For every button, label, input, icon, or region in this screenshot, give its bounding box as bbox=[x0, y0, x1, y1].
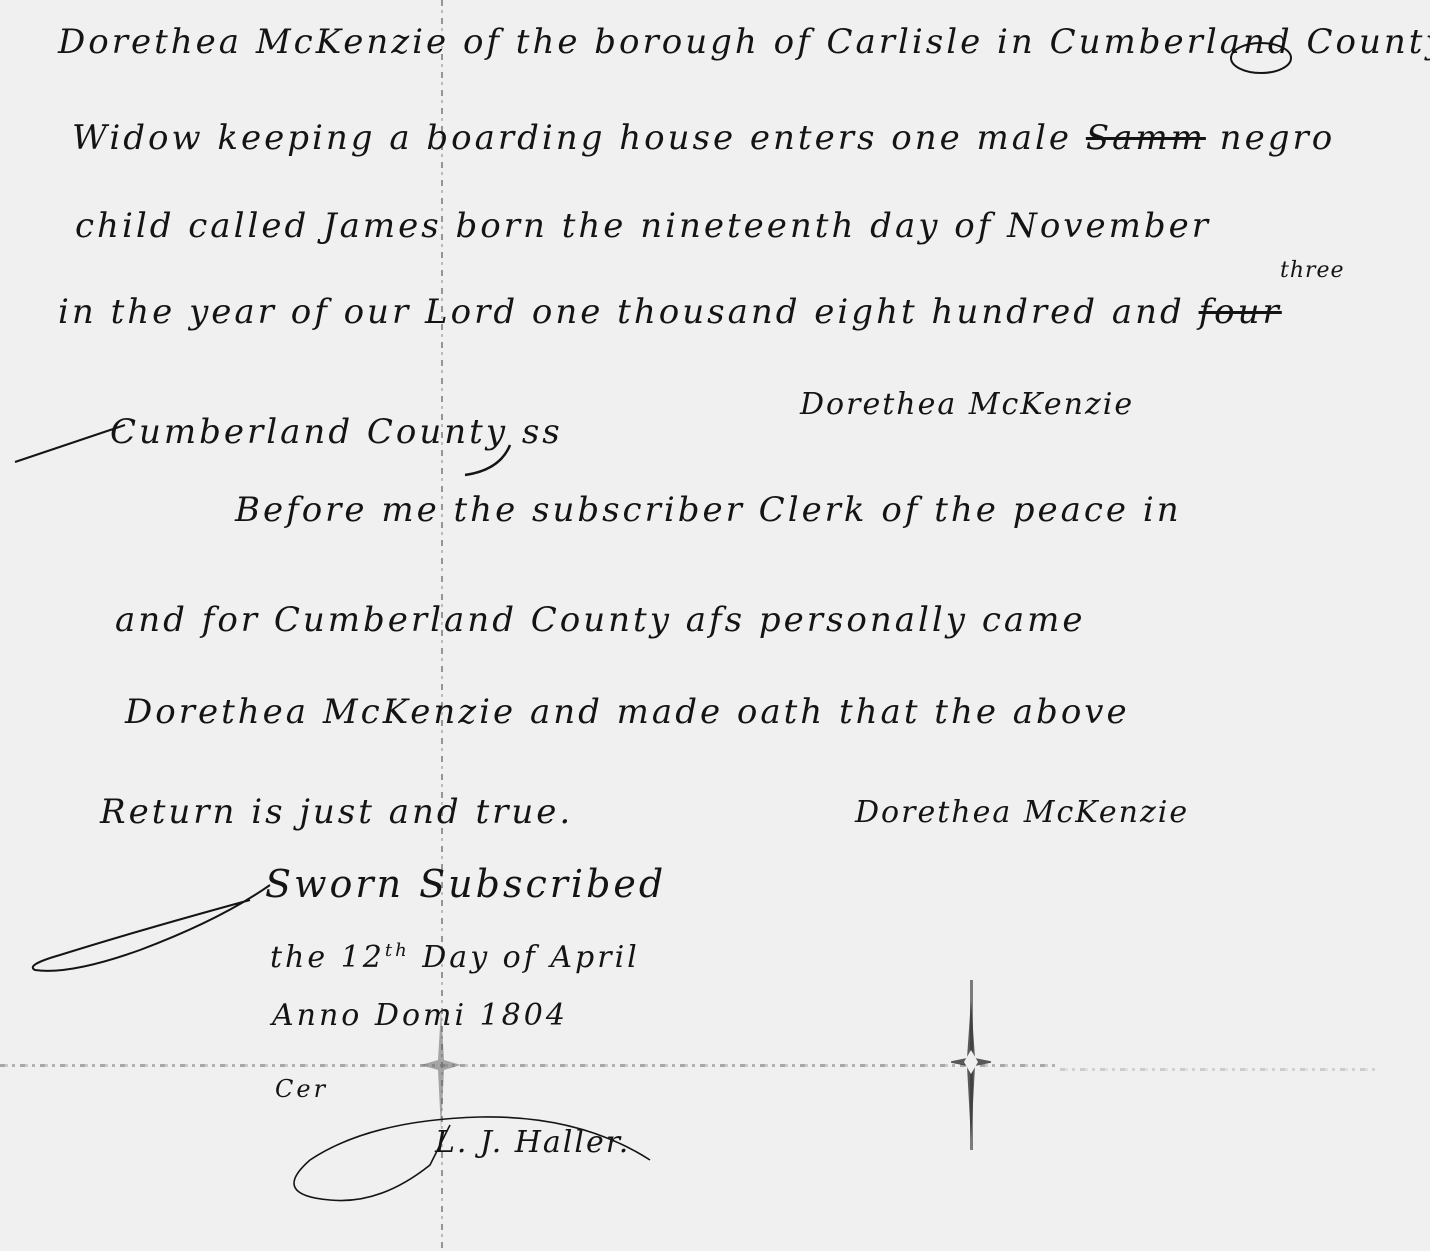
jurat-year-line: Anno Domi 1804 bbox=[272, 998, 568, 1033]
circle-flourish bbox=[1228, 38, 1298, 78]
oath-line-4: Return is just and true. bbox=[100, 792, 573, 832]
struck-four: four bbox=[1199, 292, 1282, 332]
entry-line-2: Widow keeping a boarding house enters on… bbox=[72, 118, 1335, 158]
horizontal-fold-crease-faint bbox=[1060, 1068, 1380, 1071]
oath-line-1: Before me the subscriber Clerk of the pe… bbox=[235, 490, 1182, 530]
sworn-subscribed: Sworn Subscribed bbox=[265, 862, 666, 906]
horizontal-fold-crease bbox=[0, 1064, 1060, 1067]
clerk-abbreviation: Cer bbox=[275, 1075, 328, 1103]
entry-line-4: in the year of our Lord one thousand eig… bbox=[58, 292, 1282, 332]
document-page: Dorethea McKenzie of the borough of Carl… bbox=[0, 0, 1430, 1251]
fold-intersection-mark-right bbox=[951, 1000, 991, 1140]
entry-line-2-text: Widow keeping a boarding house enters on… bbox=[72, 118, 1086, 158]
jurat-date-rest: Day of April bbox=[422, 940, 640, 975]
jurat-day: 12 bbox=[341, 940, 385, 975]
negro-word: negro bbox=[1206, 118, 1335, 158]
venue-bracket-flourish bbox=[460, 440, 520, 480]
entry-line-4-text: in the year of our Lord one thousand eig… bbox=[58, 292, 1199, 332]
clerk-signature-flourish bbox=[280, 1105, 660, 1215]
entry-line-1: Dorethea McKenzie of the borough of Carl… bbox=[58, 22, 1430, 62]
entry-line-3: child called James born the nineteenth d… bbox=[75, 206, 1211, 246]
oath-line-2: and for Cumberland County afs personally… bbox=[115, 600, 1086, 640]
entry-signature: Dorethea McKenzie bbox=[800, 387, 1134, 422]
jurat-day-suffix: th bbox=[385, 940, 410, 961]
oath-line-3: Dorethea McKenzie and made oath that the… bbox=[125, 692, 1130, 732]
clerk-signature: L. J. Haller. bbox=[435, 1125, 630, 1160]
jurat-prefix: the bbox=[270, 940, 328, 975]
correction-above: three bbox=[1280, 258, 1345, 283]
jurat-date-line: the 12th Day of April bbox=[270, 940, 640, 975]
sworn-flourish bbox=[20, 880, 280, 980]
struck-word: Samm bbox=[1086, 118, 1206, 158]
oath-signature: Dorethea McKenzie bbox=[855, 795, 1189, 830]
